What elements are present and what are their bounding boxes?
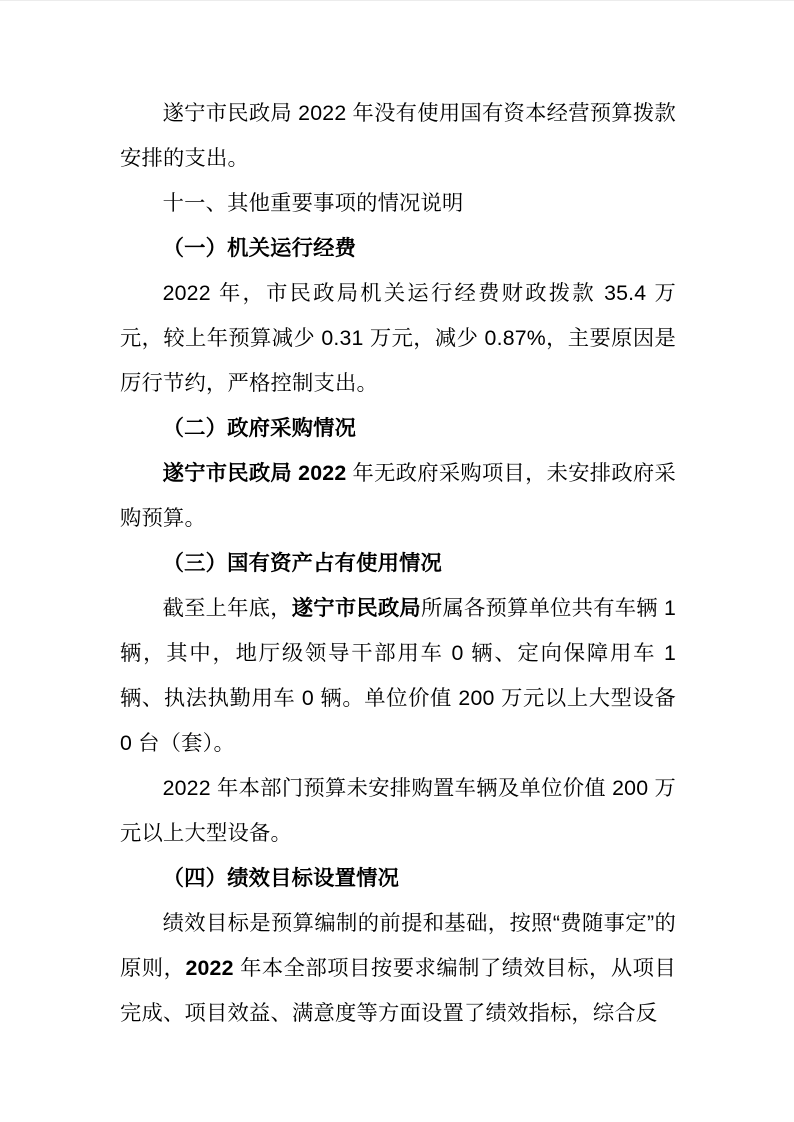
text-run: 2022 年，市民政局机关运行经费财政拨款 35.4 万元，较上年预算减少 0.… (120, 281, 676, 395)
section-heading: （一）机关运行经费 (120, 226, 676, 271)
bold-text-run: 遂宁市民政局 2022 (163, 461, 353, 485)
text-run: 十一、其他重要事项的情况说明 (163, 191, 464, 215)
section-heading: （四）绩效目标设置情况 (120, 856, 676, 901)
paragraph: 绩效目标是预算编制的前提和基础，按照“费随事定”的原则，2022 年本全部项目按… (120, 901, 676, 1036)
paragraph: 十一、其他重要事项的情况说明 (120, 181, 676, 226)
bold-text-run: 遂宁市民政局 (292, 596, 421, 620)
bold-text-run: （四）绩效目标设置情况 (163, 866, 399, 890)
text-run: 遂宁市民政局 2022 年没有使用国有资本经营预算拨款安排的支出。 (120, 101, 676, 170)
bold-text-run: （一）机关运行经费 (163, 236, 356, 260)
paragraph: 遂宁市民政局 2022 年无政府采购项目，未安排政府采购预算。 (120, 451, 676, 541)
section-heading: （三）国有资产占有使用情况 (120, 541, 676, 586)
paragraph: 遂宁市民政局 2022 年没有使用国有资本经营预算拨款安排的支出。 (120, 91, 676, 181)
text-run: 截至上年底， (163, 596, 292, 620)
text-run: 2022 年本部门预算未安排购置车辆及单位价值 200 万元以上大型设备。 (120, 776, 676, 845)
document-body: 遂宁市民政局 2022 年没有使用国有资本经营预算拨款安排的支出。十一、其他重要… (120, 91, 676, 1036)
document-page: 遂宁市民政局 2022 年没有使用国有资本经营预算拨款安排的支出。十一、其他重要… (0, 0, 794, 1122)
paragraph: 2022 年，市民政局机关运行经费财政拨款 35.4 万元，较上年预算减少 0.… (120, 271, 676, 406)
section-heading: （二）政府采购情况 (120, 406, 676, 451)
paragraph: 2022 年本部门预算未安排购置车辆及单位价值 200 万元以上大型设备。 (120, 766, 676, 856)
bold-text-run: 2022 (185, 956, 240, 980)
bold-text-run: （三）国有资产占有使用情况 (163, 551, 442, 575)
bold-text-run: （二）政府采购情况 (163, 416, 356, 440)
paragraph: 截至上年底，遂宁市民政局所属各预算单位共有车辆 1 辆，其中，地厅级领导干部用车… (120, 586, 676, 766)
